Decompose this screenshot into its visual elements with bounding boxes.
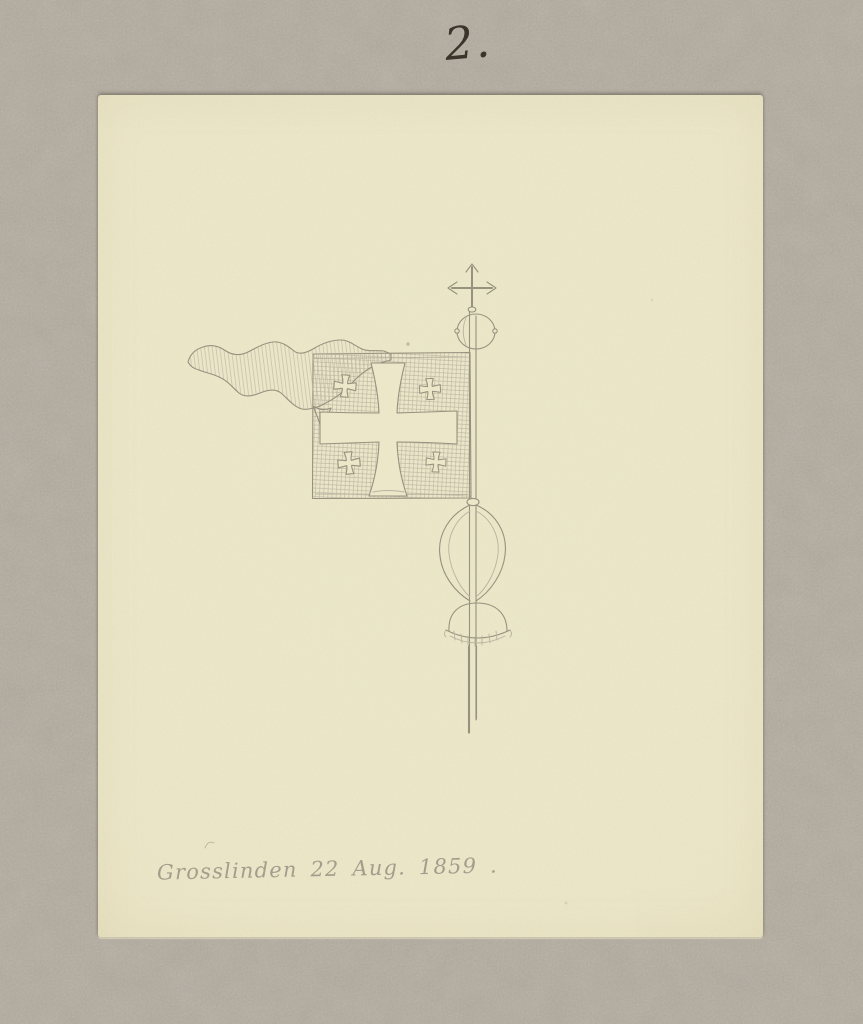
- stray-pencil-mark: [205, 842, 214, 848]
- scanned-drawing-page: { "artwork_page": { "sheet_number": "2."…: [0, 0, 863, 1024]
- paper-speck: [651, 299, 653, 301]
- pommel-knob: [445, 603, 512, 646]
- cord-loops: [440, 498, 506, 601]
- sheet-number: 2.: [416, 14, 520, 72]
- cross-finial: [448, 264, 496, 312]
- paper-speck: [565, 902, 568, 905]
- paper-speck: [406, 342, 410, 346]
